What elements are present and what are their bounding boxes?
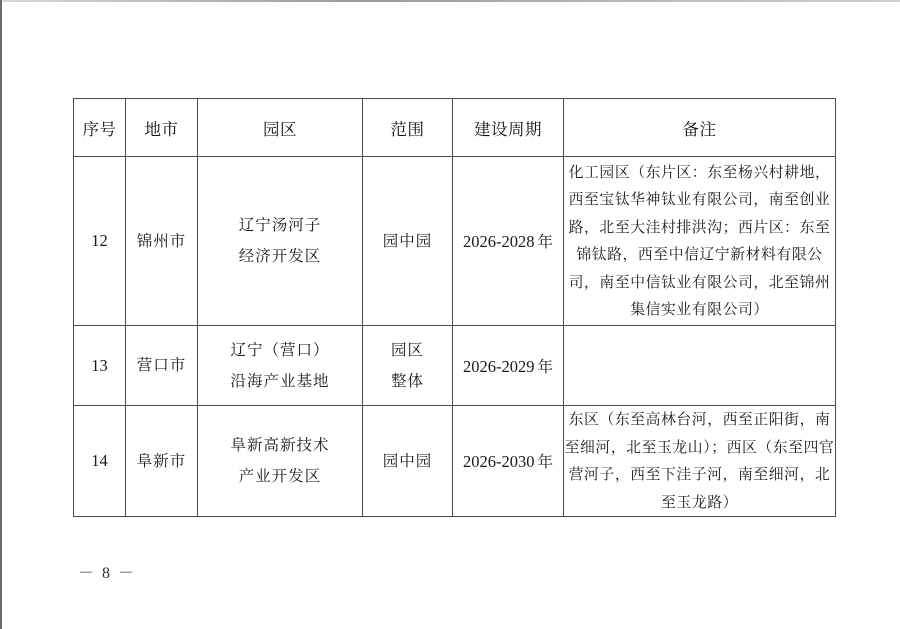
header-index: 序号 [74, 99, 126, 157]
period-years: 2026-2029 [463, 357, 535, 376]
park-line: 阜新高新技术 [198, 430, 362, 461]
park-line: 辽宁（营口） [198, 335, 362, 366]
page-number: － 8 － [78, 560, 136, 583]
page-edge-top [0, 0, 900, 2]
period-unit: 年 [537, 358, 553, 376]
cell-city: 阜新市 [126, 406, 198, 517]
cell-scope: 园区 整体 [363, 326, 453, 406]
table-header-row: 序号 地市 园区 范围 建设周期 备注 [74, 99, 836, 157]
cell-scope: 园中园 [363, 157, 453, 326]
scope-line: 整体 [363, 366, 452, 397]
header-park: 园区 [198, 99, 363, 157]
header-city: 地市 [126, 99, 198, 157]
cell-note: 东区（东至高林台河，西至正阳街，南至细河，北至玉龙山）；西区（东至四官营河子，西… [564, 406, 836, 517]
period-unit: 年 [537, 233, 553, 251]
cell-note: 化工园区（东片区：东至杨兴村耕地，西至宝钛华神钛业有限公司，南至创业路，北至大洼… [564, 157, 836, 326]
cell-park: 辽宁汤河子 经济开发区 [198, 157, 363, 326]
park-line: 辽宁汤河子 [198, 210, 362, 241]
header-scope: 范围 [363, 99, 453, 157]
table-row: 13 营口市 辽宁（营口） 沿海产业基地 园区 整体 2026-2029年 [74, 326, 836, 406]
cell-index: 12 [74, 157, 126, 326]
cell-park: 阜新高新技术 产业开发区 [198, 406, 363, 517]
park-line: 产业开发区 [198, 461, 362, 492]
cell-period: 2026-2030年 [453, 406, 564, 517]
cell-city: 营口市 [126, 326, 198, 406]
scope-line: 园中园 [363, 226, 452, 257]
cell-index: 13 [74, 326, 126, 406]
table-row: 14 阜新市 阜新高新技术 产业开发区 园中园 2026-2030年 东区（东至… [74, 406, 836, 517]
cell-park: 辽宁（营口） 沿海产业基地 [198, 326, 363, 406]
period-years: 2026-2030 [463, 452, 535, 471]
scope-line: 园中园 [363, 446, 452, 477]
park-line: 经济开发区 [198, 241, 362, 272]
park-table: 序号 地市 园区 范围 建设周期 备注 12 锦州市 辽宁汤河子 经济开发区 园… [73, 98, 836, 517]
cell-period: 2026-2029年 [453, 326, 564, 406]
park-line: 沿海产业基地 [198, 366, 362, 397]
table-row: 12 锦州市 辽宁汤河子 经济开发区 园中园 2026-2028年 化工园区（东… [74, 157, 836, 326]
period-years: 2026-2028 [463, 232, 535, 251]
cell-note [564, 326, 836, 406]
header-period: 建设周期 [453, 99, 564, 157]
page-edge-left [0, 0, 2, 629]
cell-city: 锦州市 [126, 157, 198, 326]
header-note: 备注 [564, 99, 836, 157]
scope-line: 园区 [363, 335, 452, 366]
cell-index: 14 [74, 406, 126, 517]
period-unit: 年 [537, 453, 553, 471]
cell-scope: 园中园 [363, 406, 453, 517]
cell-period: 2026-2028年 [453, 157, 564, 326]
